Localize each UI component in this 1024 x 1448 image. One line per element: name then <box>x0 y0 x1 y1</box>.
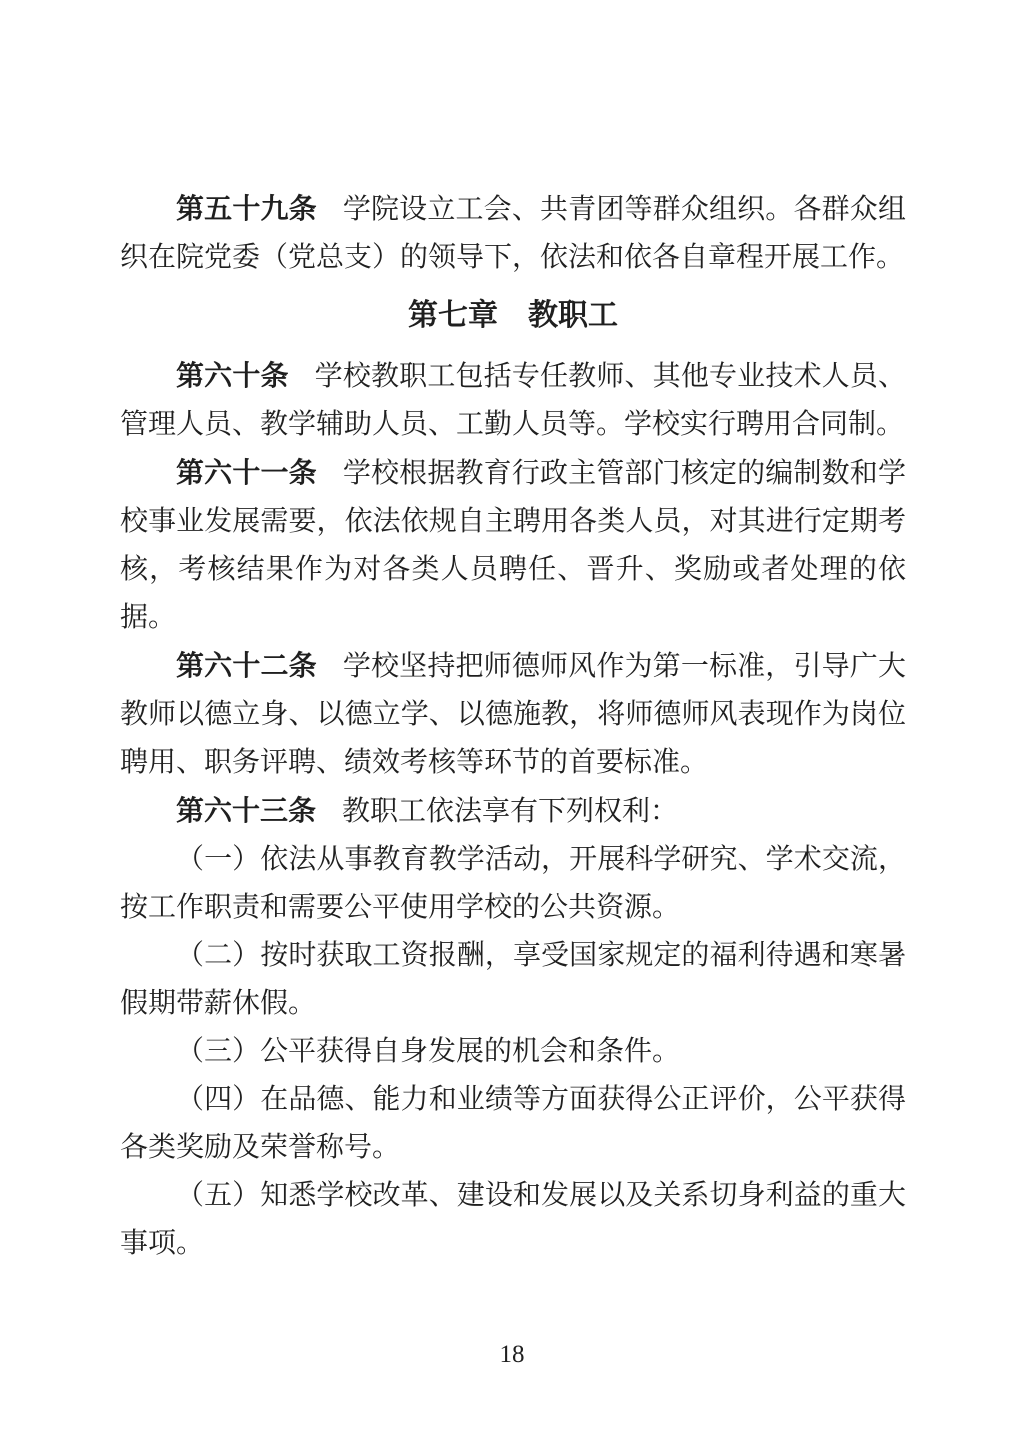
article-number: 第六十三条 <box>176 795 316 826</box>
article-paragraph: 第六十条学校教职工包括专任教师、其他专业技术人员、管理人员、教学辅助人员、工勤人… <box>120 352 906 449</box>
page-number: 18 <box>0 1340 1024 1370</box>
article-paragraph: 第六十三条教职工依法享有下列权利： <box>120 787 906 836</box>
list-item-text: （三）公平获得自身发展的机会和条件。 <box>176 1036 680 1067</box>
chapter-heading: 第七章 教职工 <box>120 292 906 340</box>
article-number: 第五十九条 <box>176 193 317 224</box>
list-item-paragraph: （四）在品德、能力和业绩等方面获得公正评价，公平获得各类奖励及荣誉称号。 <box>120 1076 906 1172</box>
article-number: 第六十二条 <box>176 650 317 681</box>
article-number: 第六十一条 <box>176 457 317 488</box>
list-item-text: （五）知悉学校改革、建设和发展以及关系切身利益的重大事项。 <box>120 1180 906 1259</box>
list-item-paragraph: （一）依法从事教育教学活动，开展科学研究、学术交流，按工作职责和需要公平使用学校… <box>120 836 906 932</box>
list-item-paragraph: （五）知悉学校改革、建设和发展以及关系切身利益的重大事项。 <box>120 1172 906 1268</box>
list-item-paragraph: （二）按时获取工资报酬，享受国家规定的福利待遇和寒暑假期带薪休假。 <box>120 932 906 1028</box>
article-paragraph: 第六十一条学校根据教育行政主管部门核定的编制数和学校事业发展需要，依法依规自主聘… <box>120 449 906 642</box>
list-item-text: （二）按时获取工资报酬，享受国家规定的福利待遇和寒暑假期带薪休假。 <box>120 940 906 1019</box>
document-body: 第五十九条学院设立工会、共青团等群众组织。各群众组织在院党委（党总支）的领导下，… <box>120 185 906 1268</box>
list-item-text: （四）在品德、能力和业绩等方面获得公正评价，公平获得各类奖励及荣誉称号。 <box>120 1084 906 1163</box>
article-number: 第六十条 <box>176 360 289 391</box>
article-paragraph: 第五十九条学院设立工会、共青团等群众组织。各群众组织在院党委（党总支）的领导下，… <box>120 185 906 282</box>
list-item-text: （一）依法从事教育教学活动，开展科学研究、学术交流，按工作职责和需要公平使用学校… <box>120 844 906 923</box>
article-text: 教职工依法享有下列权利： <box>342 796 678 827</box>
list-item-paragraph: （三）公平获得自身发展的机会和条件。 <box>120 1028 906 1076</box>
article-paragraph: 第六十二条学校坚持把师德师风作为第一标准，引导广大教师以德立身、以德立学、以德施… <box>120 642 906 787</box>
